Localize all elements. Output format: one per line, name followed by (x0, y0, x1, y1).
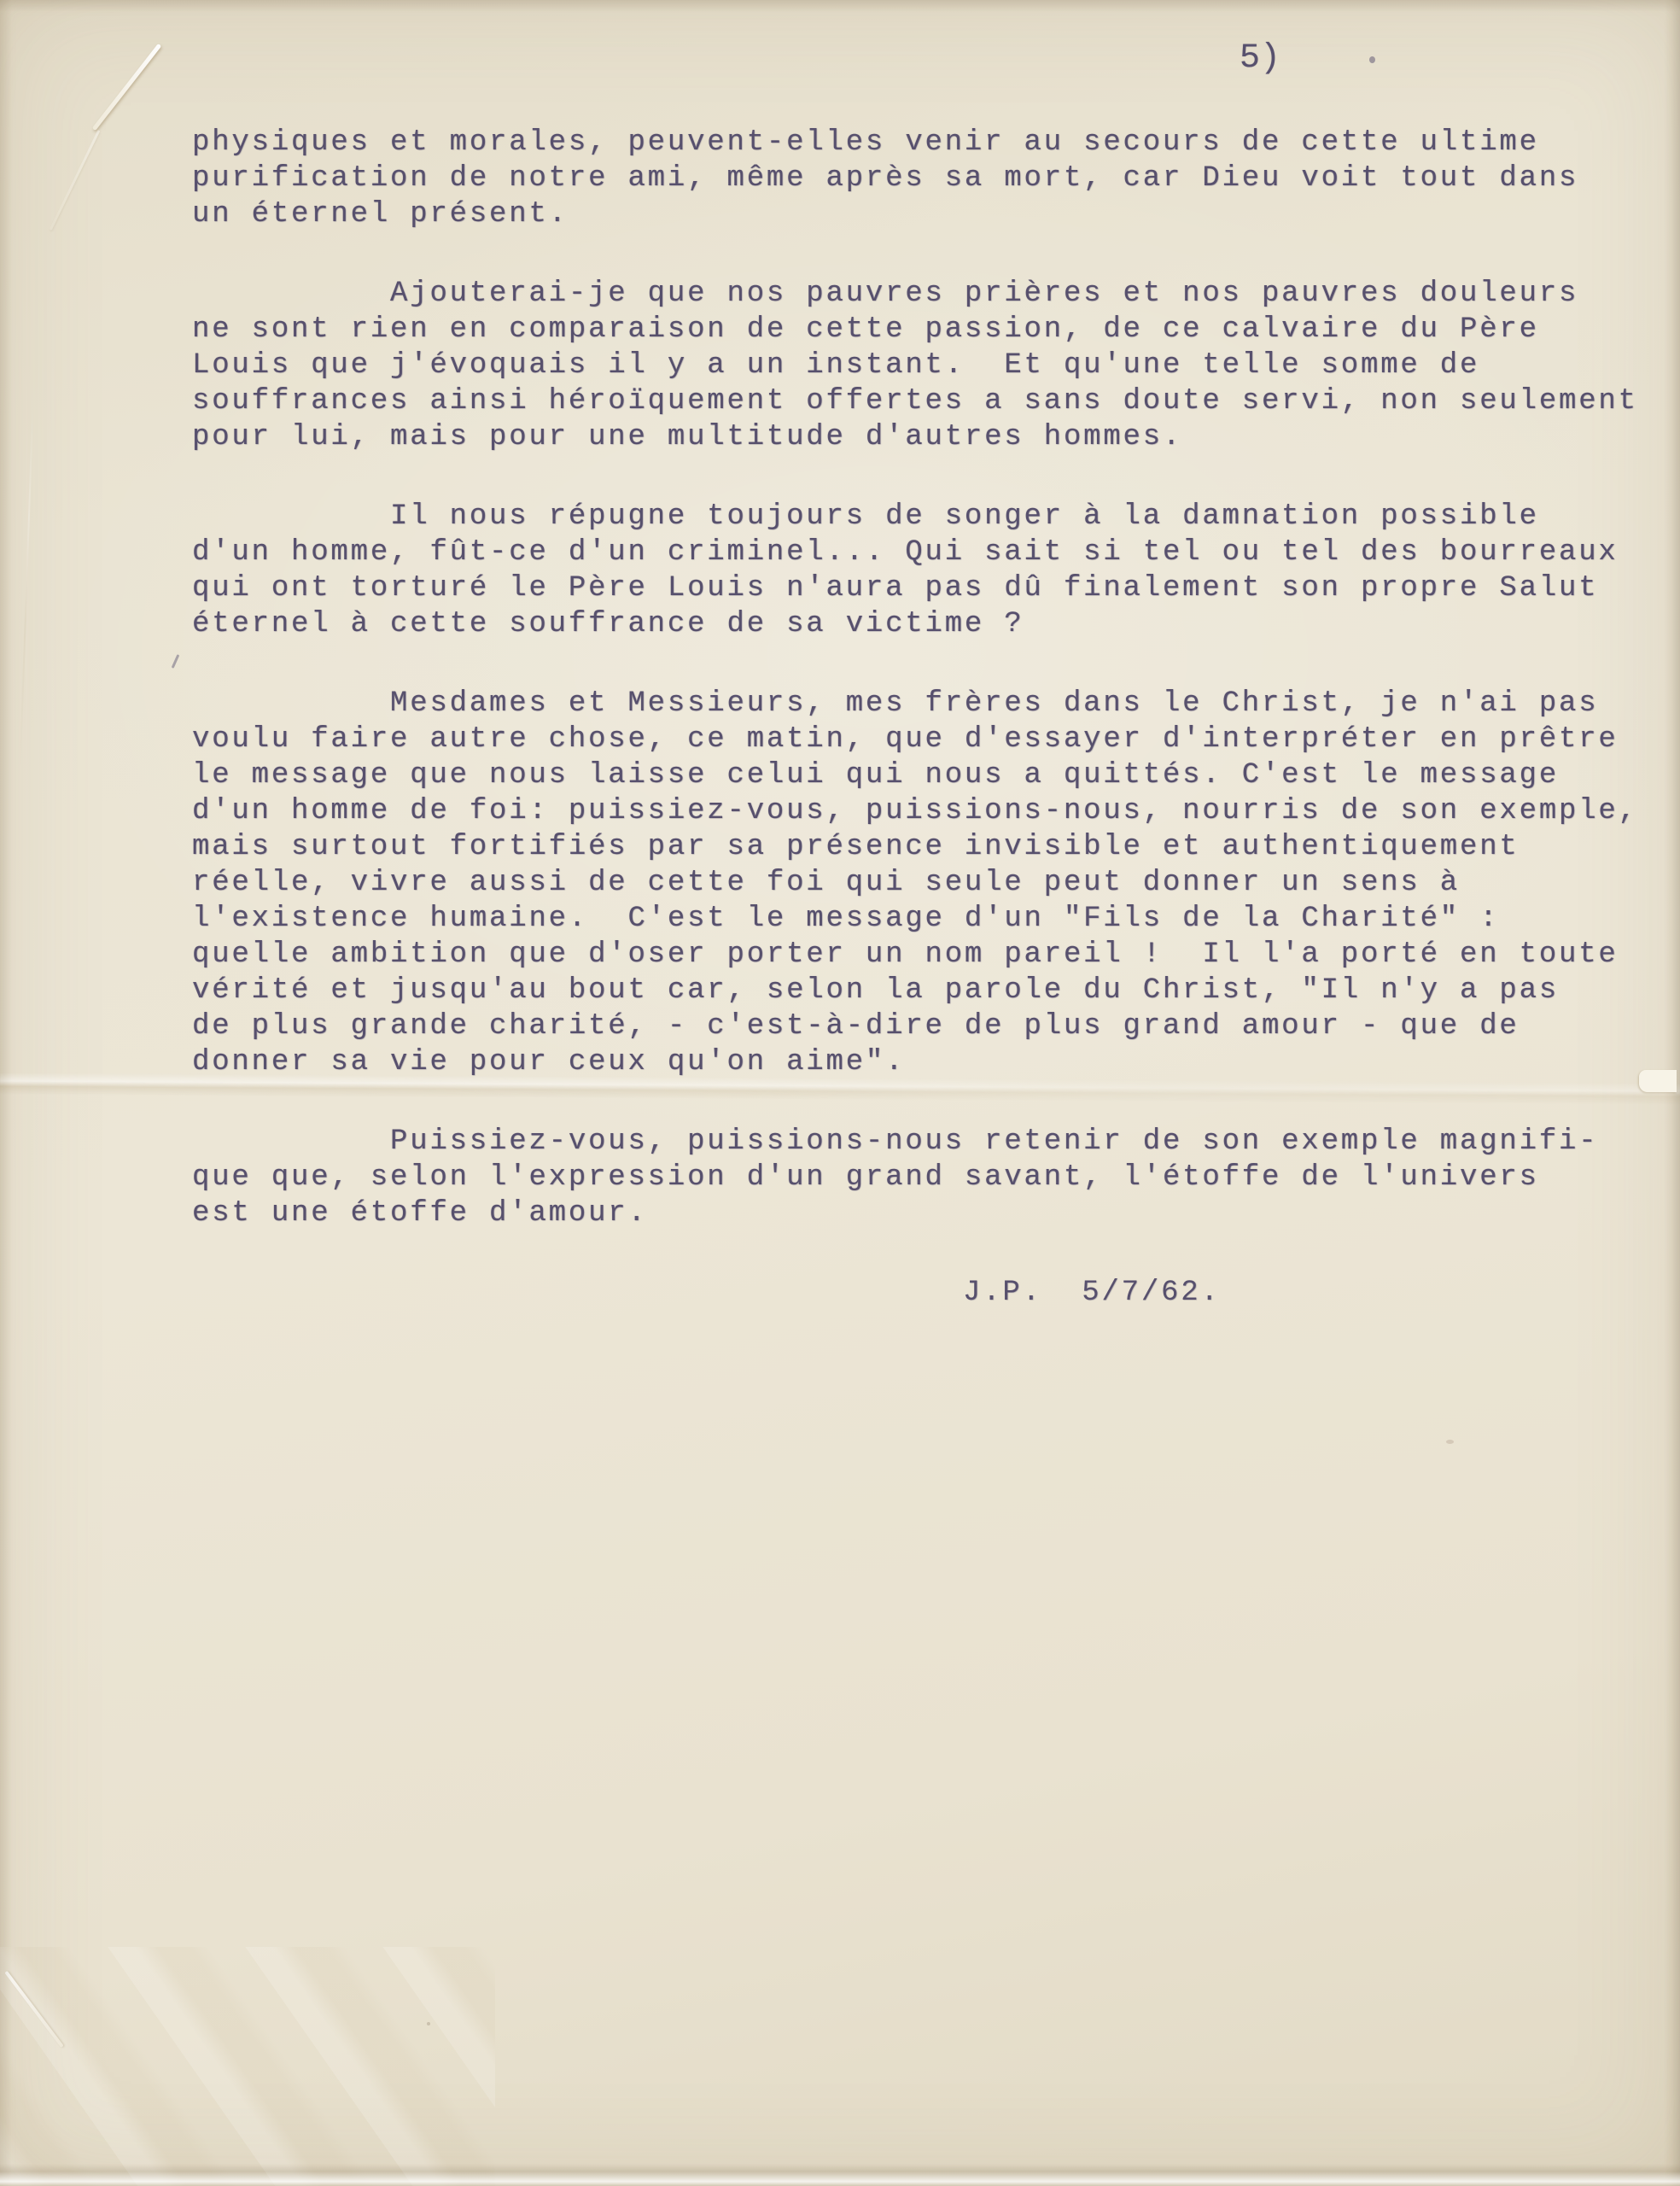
paper-edge-bottom (0, 2164, 1680, 2186)
crease-bottom-left (4, 1971, 63, 2048)
paper-smudge (427, 2022, 430, 2025)
paragraph-2: Ajouterai-je que nos pauvres prières et … (192, 276, 1660, 455)
ink-speck (172, 654, 180, 669)
page-number: 5) (1240, 39, 1280, 79)
crease-top-left-faint (50, 130, 101, 231)
crease-left-edge (20, 410, 34, 769)
paper-smudge (1446, 1440, 1454, 1444)
letter-page: 5) physiques et morales, peuvent-elles v… (0, 0, 1680, 2186)
paper-edge-right (1665, 0, 1680, 2186)
paper-edge-top (0, 0, 1680, 12)
paper-edge-left (0, 0, 12, 2186)
signature-dateline: J.P. 5/7/62. (192, 1275, 1660, 1311)
paragraph-5: Puissiez-vous, puissions-nous retenir de… (192, 1124, 1660, 1231)
paragraph-3: Il nous répugne toujours de songer à la … (192, 499, 1660, 642)
crumple-bottom-left (0, 1947, 495, 2186)
letter-body: physiques et morales, peuvent-elles veni… (192, 125, 1660, 1311)
crease-top-left (92, 44, 162, 131)
paragraph-4: Mesdames et Messieurs, mes frères dans l… (192, 686, 1660, 1080)
paragraph-1: physiques et morales, peuvent-elles veni… (192, 125, 1660, 232)
ink-speck (1369, 56, 1375, 63)
